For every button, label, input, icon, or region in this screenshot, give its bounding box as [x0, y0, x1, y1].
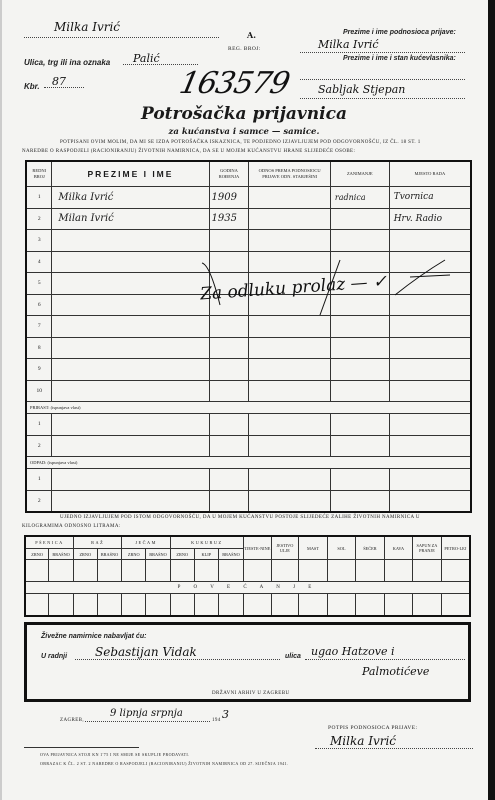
- sub-flour: BRAŠNO: [219, 549, 244, 560]
- cell[interactable]: [356, 594, 385, 617]
- header-corn: KUKURUZ: [170, 536, 243, 549]
- row-name[interactable]: Milka Ivrić: [52, 187, 209, 209]
- table-row: 1: [26, 414, 471, 436]
- row-no: 7: [26, 316, 52, 338]
- row-relation[interactable]: [249, 490, 331, 512]
- row-workplace[interactable]: [389, 337, 471, 359]
- header-petroleum: PETRO-LEJ: [441, 536, 470, 560]
- row-relation[interactable]: [249, 337, 331, 359]
- street-value: Palić: [123, 52, 198, 65]
- row-no: 3: [26, 230, 52, 252]
- row-name[interactable]: [52, 380, 209, 402]
- cell[interactable]: [73, 560, 97, 582]
- row-name[interactable]: [52, 359, 209, 381]
- form-title: Potrošačka prijavnica: [0, 104, 488, 124]
- shop-street-value: ugao Hatzove i: [305, 645, 465, 660]
- shop-label: U radnji: [41, 653, 67, 660]
- signature-value: Milka Ivrić: [315, 734, 473, 749]
- header-pasta: TJESTE-NINE: [243, 536, 271, 560]
- supplies-increase-header: P O V E Ć A N J E: [25, 582, 470, 594]
- cell[interactable]: [170, 594, 194, 617]
- header-salt: SOL: [327, 536, 355, 560]
- row-relation[interactable]: [249, 359, 331, 381]
- row-birth-year[interactable]: [209, 359, 249, 381]
- header-barley: JEČAM: [122, 536, 170, 549]
- cell[interactable]: [25, 594, 49, 617]
- cell[interactable]: [384, 594, 412, 617]
- cell[interactable]: [219, 594, 244, 617]
- intro-text-line-1: POTPISANI OVIM MOLIM, DA MI SE IZDA POTR…: [60, 140, 421, 145]
- header-rye: RAŽ: [73, 536, 121, 549]
- landlord-label: Prezime i ime i stan kućevlasnika:: [343, 55, 456, 62]
- row-workplace[interactable]: [389, 490, 471, 512]
- cell[interactable]: [146, 560, 171, 582]
- house-number-value: 87: [44, 75, 84, 88]
- row-name[interactable]: [52, 294, 209, 316]
- header-relation: ODNOS PREMA PODNOSIOCU PRIJAVE ODN. STAR…: [249, 161, 331, 187]
- submitter-name-left: Milka Ivrić: [24, 20, 219, 38]
- row-occupation[interactable]: [330, 490, 389, 512]
- row-no: 10: [26, 380, 52, 402]
- header-lard: MAST: [299, 536, 328, 560]
- supplies-header-row: PŠENICA RAŽ JEČAM KUKURUZ TJESTE-NINE JE…: [25, 536, 470, 549]
- row-name[interactable]: [52, 469, 209, 491]
- increase-section-header: PRIRAST: (ispunjava vlast): [26, 402, 471, 414]
- cell[interactable]: [327, 560, 355, 582]
- cell[interactable]: [49, 594, 74, 617]
- cell[interactable]: [441, 560, 470, 582]
- table-header-row: REDNI BROJ PREZIME I IME GODINA ROĐENJA …: [26, 161, 471, 187]
- cell[interactable]: [146, 594, 171, 617]
- row-birth-year[interactable]: [209, 469, 249, 491]
- row-no: 5: [26, 273, 52, 295]
- row-no: 8: [26, 337, 52, 359]
- header-sugar: ŠEĆER: [356, 536, 385, 560]
- cell[interactable]: [170, 560, 194, 582]
- household-members-table: REDNI BROJ PREZIME I IME GODINA ROĐENJA …: [25, 160, 472, 513]
- row-birth-year[interactable]: [209, 337, 249, 359]
- date-value: 9 lipnja srpnja: [85, 708, 210, 722]
- archive-stamp: DRŽAVNI ARHIV U ZAGREBU: [212, 691, 290, 696]
- supplies-increase-row: [25, 594, 470, 617]
- header-no: REDNI BROJ: [26, 161, 52, 187]
- cell[interactable]: [271, 594, 299, 617]
- row-workplace[interactable]: [389, 414, 471, 436]
- year-value: 3: [222, 708, 229, 721]
- cell[interactable]: [327, 594, 355, 617]
- table-row: 10: [26, 380, 471, 402]
- cell[interactable]: [243, 560, 271, 582]
- row-name[interactable]: [52, 337, 209, 359]
- row-no: 2: [26, 208, 52, 230]
- header-workplace: MJESTO RADA: [389, 161, 471, 187]
- row-no: 1: [26, 469, 52, 491]
- sub-grain: ZRNO: [73, 549, 97, 560]
- row-birth-year[interactable]: [209, 435, 249, 457]
- header-occupation: ZANIMANJE: [330, 161, 389, 187]
- sub-flour: BRAŠNO: [49, 549, 74, 560]
- row-workplace[interactable]: [389, 359, 471, 381]
- submitter-value: Milka Ivrić: [300, 38, 465, 53]
- sub-grain: ZRNO: [122, 549, 146, 560]
- row-occupation[interactable]: [330, 380, 389, 402]
- row-occupation[interactable]: [330, 414, 389, 436]
- row-birth-year[interactable]: 1909: [209, 187, 249, 209]
- row-occupation[interactable]: [330, 435, 389, 457]
- place-label: ZAGREB,: [60, 718, 84, 723]
- row-name[interactable]: [52, 251, 209, 273]
- row-occupation[interactable]: radnica: [330, 187, 389, 209]
- row-no: 2: [26, 435, 52, 457]
- footer-divider: [24, 747, 139, 748]
- cell[interactable]: [271, 560, 299, 582]
- sub-flour: BRAŠNO: [97, 549, 122, 560]
- row-workplace[interactable]: [389, 469, 471, 491]
- row-occupation[interactable]: [330, 359, 389, 381]
- row-workplace[interactable]: [389, 380, 471, 402]
- shop-street-value-2: Palmotićeve: [362, 665, 429, 678]
- row-name[interactable]: [52, 414, 209, 436]
- landlord-line-1: [300, 68, 465, 80]
- decrease-section-header: ODPAD: (ispunjava vlast): [26, 457, 471, 469]
- row-no: 1: [26, 414, 52, 436]
- header-birth-year: GODINA ROĐENJA: [209, 161, 249, 187]
- cell[interactable]: [413, 560, 442, 582]
- row-birth-year[interactable]: [209, 380, 249, 402]
- row-relation[interactable]: [249, 380, 331, 402]
- header-soap: SAPUN ZA PRANJE: [413, 536, 442, 560]
- sub-flour: BRAŠNO: [146, 549, 171, 560]
- header-oil: JESTIVO ULJE: [271, 536, 299, 560]
- shop-intro-label: Živežne namirnice nabavljat ću:: [41, 633, 146, 640]
- table-row: 1: [26, 469, 471, 491]
- header-coffee: KAVA: [384, 536, 412, 560]
- row-relation[interactable]: [249, 469, 331, 491]
- cell[interactable]: [299, 594, 328, 617]
- row-relation[interactable]: [249, 187, 331, 209]
- page-right-edge: [488, 0, 495, 800]
- footer-note-2: OBRAZAC K ČL. 2 ST. 2 NAREDBE O RASPODJE…: [40, 761, 288, 766]
- row-name[interactable]: Milan Ivrić: [52, 208, 209, 230]
- landlord-value: Sabljak Stjepan: [300, 83, 465, 99]
- signature-label: POTPIS PODNOSIOCA PRIJAVE:: [328, 725, 417, 731]
- shop-street-label: ulica: [285, 653, 301, 660]
- cell[interactable]: [25, 560, 49, 582]
- row-name[interactable]: [52, 316, 209, 338]
- cell[interactable]: [441, 594, 470, 617]
- submitter-label: Prezime i ime podnosioca prijave:: [343, 29, 456, 36]
- table-row: 1 Milka Ivrić 1909 radnica Tvornica: [26, 187, 471, 209]
- cell[interactable]: [49, 560, 74, 582]
- reg-number-label: REG. BROJ:: [228, 46, 261, 52]
- row-birth-year[interactable]: [209, 414, 249, 436]
- cell[interactable]: [122, 594, 146, 617]
- supplies-intro-line-1: UJEDNO IZJAVLJUJEM POD ISTOM ODGOVORNOŠĆ…: [60, 515, 420, 520]
- supplies-intro-line-2: KILOGRAMIMA ODNOSNO LITRAMA:: [22, 524, 121, 529]
- header-wheat: PŠENICA: [25, 536, 73, 549]
- increase-label: P O V E Ć A N J E: [25, 582, 470, 594]
- table-row: 9: [26, 359, 471, 381]
- header-name: PREZIME I IME: [52, 161, 209, 187]
- table-row: 2: [26, 435, 471, 457]
- supplies-table: PŠENICA RAŽ JEČAM KUKURUZ TJESTE-NINE JE…: [24, 535, 471, 617]
- cell[interactable]: [97, 560, 122, 582]
- row-no: 6: [26, 294, 52, 316]
- cell[interactable]: [97, 594, 122, 617]
- row-name[interactable]: [52, 490, 209, 512]
- form-letter: A.: [247, 30, 256, 40]
- sub-cob: KLIP: [194, 549, 219, 560]
- cell[interactable]: [243, 594, 271, 617]
- cancellation-strokes-icon: [190, 225, 470, 325]
- row-relation[interactable]: [249, 414, 331, 436]
- registration-number: 163579: [176, 66, 292, 101]
- shop-box: Živežne namirnice nabavljat ću: U radnji…: [24, 622, 471, 702]
- sub-grain: ZRNO: [170, 549, 194, 560]
- cell[interactable]: [194, 560, 219, 582]
- form-subtitle: za kućanstva i samce — samice.: [0, 127, 488, 137]
- supplies-current-row: [25, 560, 470, 582]
- row-occupation[interactable]: [330, 337, 389, 359]
- cell[interactable]: [73, 594, 97, 617]
- year-prefix: 194: [212, 718, 221, 723]
- cell[interactable]: [122, 560, 146, 582]
- decrease-label: ODPAD: (ispunjava vlast): [26, 457, 471, 469]
- row-workplace[interactable]: Tvornica: [389, 187, 471, 209]
- house-number-label: Kbr.: [24, 82, 40, 91]
- row-no: 4: [26, 251, 52, 273]
- row-relation[interactable]: [249, 435, 331, 457]
- cell[interactable]: [219, 560, 244, 582]
- cell[interactable]: [299, 560, 328, 582]
- increase-label: PRIRAST: (ispunjava vlast): [26, 402, 471, 414]
- row-birth-year[interactable]: [209, 490, 249, 512]
- cell[interactable]: [356, 560, 385, 582]
- street-label: Ulica, trg ili ina oznaka: [24, 58, 110, 67]
- row-no: 1: [26, 187, 52, 209]
- row-name[interactable]: [52, 230, 209, 252]
- row-no: 9: [26, 359, 52, 381]
- row-name[interactable]: [52, 273, 209, 295]
- row-no: 2: [26, 490, 52, 512]
- table-row: 8: [26, 337, 471, 359]
- row-name[interactable]: [52, 435, 209, 457]
- cell[interactable]: [413, 594, 442, 617]
- cell[interactable]: [384, 560, 412, 582]
- sub-grain: ZRNO: [25, 549, 49, 560]
- table-row: 2: [26, 490, 471, 512]
- footer-note-1: OVA PRIJAVNICA STOJI KN 1'75 I NE SMIJE …: [40, 752, 190, 757]
- row-workplace[interactable]: [389, 435, 471, 457]
- shop-value: Sebastijan Vidak: [75, 645, 280, 660]
- intro-text-line-2: NAREDBE O RASPODJELI (RACIONIRANJU) ŽIVO…: [22, 149, 355, 154]
- cell[interactable]: [194, 594, 219, 617]
- row-occupation[interactable]: [330, 469, 389, 491]
